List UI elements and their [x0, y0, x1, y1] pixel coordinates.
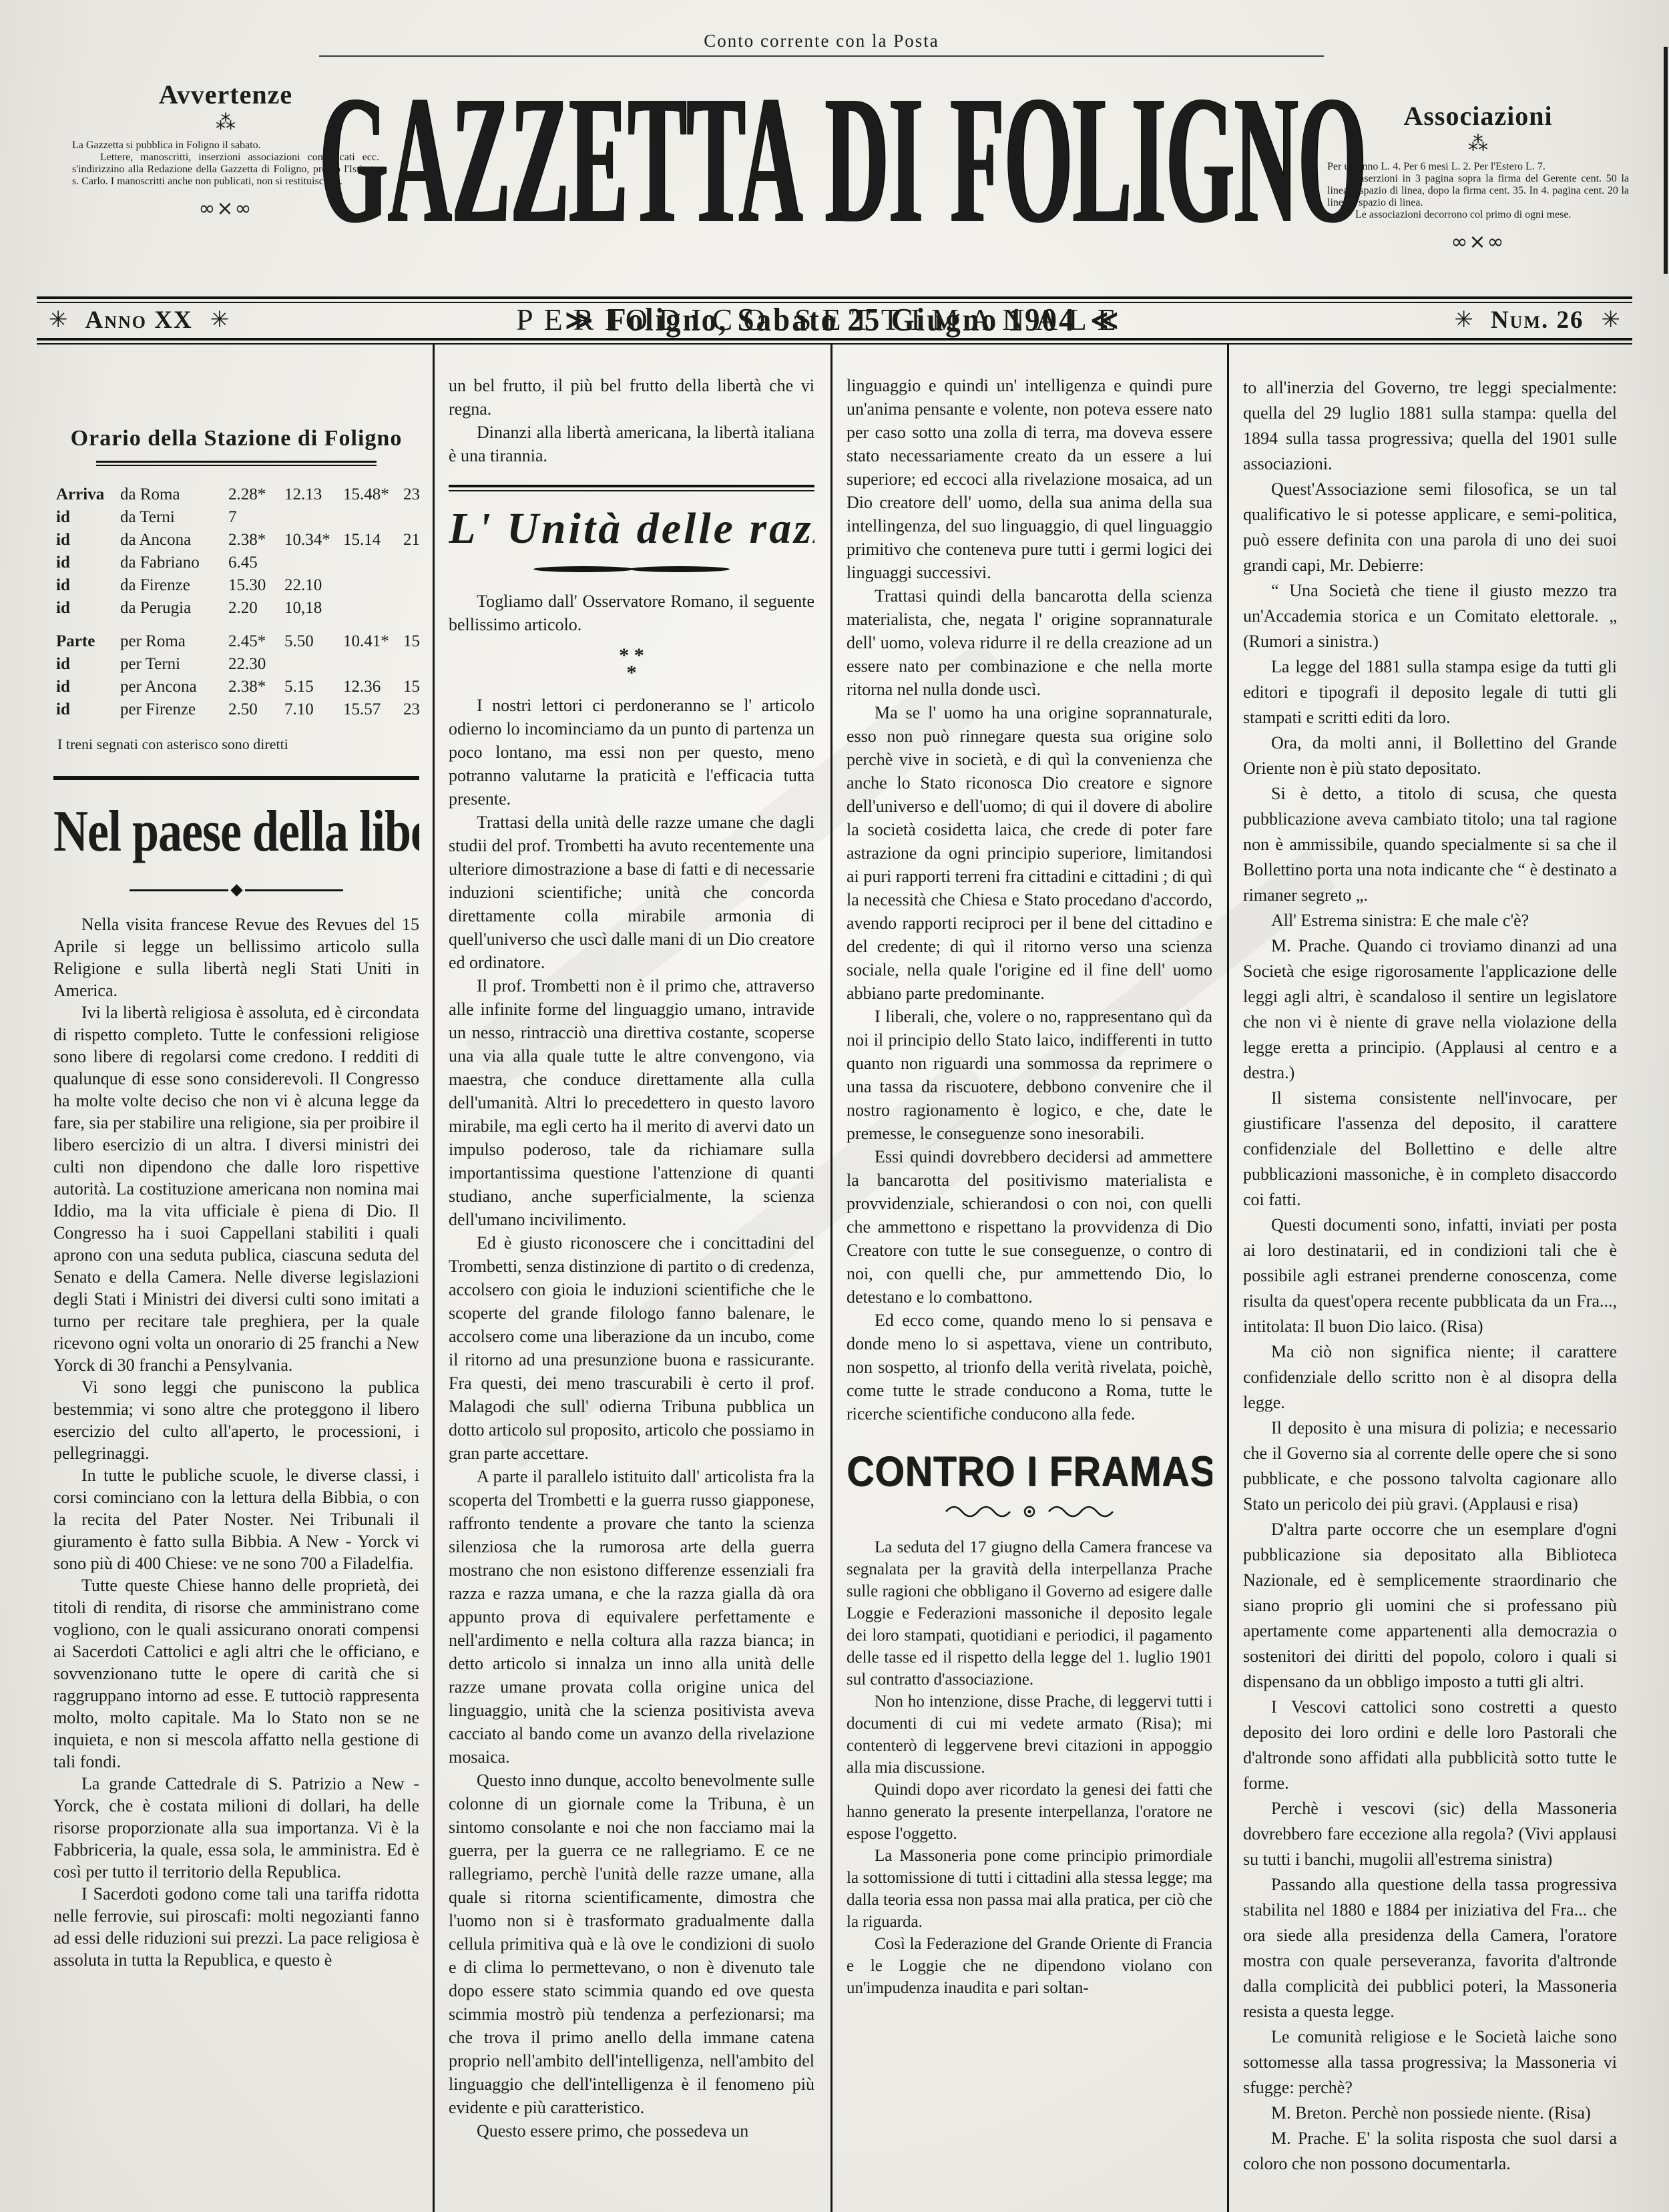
- paragraph: La seduta del 17 giugno della Camera fra…: [847, 1536, 1212, 1691]
- diamond-divider-icon: [130, 886, 343, 895]
- paragraph: Trattasi della unità delle razze umane c…: [449, 811, 814, 974]
- paragraph: Così la Federazione del Grande Oriente d…: [847, 1933, 1212, 1999]
- paragraph: Ed ecco come, quando meno lo si pensava …: [847, 1309, 1212, 1425]
- paragraph: Ora, da molti anni, il Bollettino del Gr…: [1243, 730, 1617, 781]
- paragraph: La grande Cattedrale di S. Patrizio a Ne…: [53, 1773, 419, 1883]
- paragraph: La legge del 1881 sulla stampa esige da …: [1243, 654, 1617, 730]
- paragraph: I Sacerdoti godono come tali una tariffa…: [53, 1883, 419, 1971]
- paragraph: un bel frutto, il più bel frutto della l…: [449, 374, 814, 421]
- paragraph: Il deposito è una misura di polizia; e n…: [1243, 1415, 1617, 1517]
- newspaper-page: Avvertenze ⁂ La Gazzetta si pubblica in …: [0, 0, 1669, 2212]
- paragraph: M. Prache. Quando ci troviamo dinanzi ad…: [1243, 933, 1617, 1086]
- paragraph: Nella visita francese Revue des Revues d…: [53, 913, 419, 1002]
- paragraph: Questi documenti sono, infatti, inviati …: [1243, 1212, 1617, 1339]
- paragraph: Essi quindi dovrebbero decidersi ad amme…: [847, 1145, 1212, 1309]
- paragraph: Inserzioni in 3 pagina sopra la firma de…: [1327, 173, 1629, 209]
- article1-body: Nella visita francese Revue des Revues d…: [53, 913, 419, 1971]
- paragraph: M. Prache. E' la solita risposta che suo…: [1243, 2126, 1617, 2177]
- paragraph: Non ho intenzione, disse Prache, di legg…: [847, 1691, 1212, 1779]
- fleuron-icon: ⁂: [1327, 134, 1629, 154]
- anno-label: Anno XX: [85, 306, 193, 335]
- lens-divider-icon: [449, 566, 814, 572]
- paragraph: I liberali, che, volere o no, rappresent…: [847, 1005, 1212, 1145]
- paragraph: Si è detto, a titolo di scusa, che quest…: [1243, 781, 1617, 908]
- timetable-row: idda Fabriano6.45: [53, 551, 419, 574]
- timetable-row: Arrivada Roma2.28*12.1315.48*23.40: [53, 483, 419, 506]
- paragraph: Quest'Associazione semi filosofica, se u…: [1243, 477, 1617, 578]
- article1-continuation: un bel frutto, il più bel frutto della l…: [449, 347, 814, 467]
- paragraph: M. Breton. Perchè non possiede niente. (…: [1243, 2100, 1617, 2126]
- associazioni-text: Per un anno L. 4. Per 6 mesi L. 2. Per l…: [1327, 161, 1629, 221]
- article2-headline: L' Unità delle razze: [449, 503, 814, 554]
- column-2: un bel frutto, il più bel frutto della l…: [449, 347, 814, 2212]
- paragraph: Vi sono leggi che puniscono la publica b…: [53, 1376, 419, 1464]
- paragraph: I Vescovi cattolici sono costretti a que…: [1243, 1695, 1617, 1796]
- paragraph: Tutte queste Chiese hanno delle propriet…: [53, 1574, 419, 1773]
- issue-number: Num. 26: [1491, 306, 1584, 335]
- arrow-ornament-icon: ≫: [565, 304, 593, 336]
- associazioni-title: Associazioni: [1327, 100, 1629, 132]
- paragraph: Ed è giusto riconoscere che i concittadi…: [449, 1231, 814, 1465]
- timetable-row: Parteper Roma2.45*5.5010.41*15.48: [53, 630, 419, 653]
- column-3: linguaggio e quindi un' intelligenza e q…: [847, 347, 1212, 2212]
- timetable-note: I treni segnati con asterisco sono diret…: [57, 736, 419, 753]
- paragraph: A parte il parallelo istituito dall' art…: [449, 1465, 814, 1769]
- paragraph: D'altra parte occorre che un esemplare d…: [1243, 1517, 1617, 1695]
- issue-date: Foligno, Sabato 25 Giugno 1904: [608, 301, 1076, 339]
- station-timetable: Orario della Stazione di Foligno Arrivad…: [53, 347, 419, 753]
- paragraph: Perchè i vescovi (sic) della Massoneria …: [1243, 1796, 1617, 1872]
- wave-ornament-icon: [943, 1504, 1116, 1519]
- paragraph: I nostri lettori ci perdoneranno se l' a…: [449, 694, 814, 811]
- cross-ornament-icon: ✳: [1454, 306, 1473, 333]
- article1-headline: Nel paese della libertà: [53, 798, 419, 865]
- article2-source-line: Togliamo dall' Osservatore Romano, il se…: [449, 590, 814, 636]
- column-4: to all'inerzia del Governo, tre leggi sp…: [1243, 347, 1617, 2212]
- paragraph: Ma se l' uomo ha una origine soprannatur…: [847, 701, 1212, 1005]
- paragraph: In tutte le publiche scuole, le diverse …: [53, 1464, 419, 1574]
- paragraph: Il prof. Trombetti non è il primo che, a…: [449, 974, 814, 1231]
- cross-ornament-icon: ✳: [210, 306, 230, 333]
- article3-body-continued: to all'inerzia del Governo, tre leggi sp…: [1243, 375, 1617, 2177]
- timetable-row: idda Perugia2.2010,18: [53, 597, 419, 620]
- column-rule: [830, 343, 832, 2212]
- horizontal-rule: [53, 776, 419, 780]
- paragraph: “ Una Società che tiene il giusto mezzo …: [1243, 578, 1617, 654]
- paragraph: Questo inno dunque, accolto benevolmente…: [449, 1769, 814, 2119]
- paragraph: Quindi dopo aver ricordato la genesi dei…: [847, 1779, 1212, 1845]
- timetable-row: idper Ancona2.38*5.1512.3615.58*: [53, 676, 419, 698]
- column-rule: [433, 343, 435, 2212]
- timetable-rows: Arrivada Roma2.28*12.1315.48*23.40idda T…: [53, 483, 419, 721]
- timetable-row: idda Ancona2.38*10.34*15.1421,35: [53, 529, 419, 551]
- squiggle-ornament-icon: ∞×∞: [1327, 230, 1629, 254]
- article2-body-continued: linguaggio e quindi un' intelligenza e q…: [847, 347, 1212, 1425]
- horizontal-rule: [96, 461, 377, 466]
- cross-ornament-icon: ✳: [49, 306, 68, 333]
- paragraph: to all'inerzia del Governo, tre leggi sp…: [1243, 375, 1617, 477]
- notice-box-associazioni: Associazioni ⁂ Per un anno L. 4. Per 6 m…: [1327, 100, 1629, 254]
- timetable-row: idper Firenze2.507.1015.5723.55: [53, 698, 419, 721]
- column-1: Orario della Stazione di Foligno Arrivad…: [53, 347, 419, 2212]
- paragraph: Dinanzi alla libertà americana, la liber…: [449, 421, 814, 467]
- horizontal-rule: [37, 338, 1632, 345]
- dateline: ✳ Anno XX ✳ ≫ Foligno, Sabato 25 Giugno …: [37, 302, 1632, 338]
- paragraph: Ivi la libertà religiosa è assoluta, ed …: [53, 1002, 419, 1376]
- paragraph: Questo essere primo, che possedeva un: [449, 2119, 814, 2143]
- paragraph: La Massoneria pone come principio primor…: [847, 1845, 1212, 1933]
- article2-body: I nostri lettori ci perdoneranno se l' a…: [449, 694, 814, 2143]
- timetable-row: idda Terni7: [53, 506, 419, 529]
- timetable-title: Orario della Stazione di Foligno: [53, 426, 419, 451]
- masthead-block: Conto corrente con la Posta GAZZETTA DI …: [319, 31, 1324, 337]
- article3-body: La seduta del 17 giugno della Camera fra…: [847, 1536, 1212, 1999]
- arrow-ornament-icon: ≪: [1091, 304, 1119, 336]
- scan-edge-artifact: [1664, 47, 1668, 274]
- column-rule: [1227, 343, 1229, 2212]
- asterism-icon: * * *: [449, 647, 814, 682]
- paragraph: Le comunità religiose e le Società laich…: [1243, 2024, 1617, 2100]
- cross-ornament-icon: ✳: [1602, 306, 1621, 333]
- paragraph: Trattasi quindi della bancarotta della s…: [847, 584, 1212, 701]
- paragraph: Per un anno L. 4. Per 6 mesi L. 2. Per l…: [1327, 161, 1629, 173]
- article3-headline: CONTRO I FRAMASSONI: [847, 1448, 1212, 1496]
- paragraph: Il sistema consistente nell'invocare, pe…: [1243, 1086, 1617, 1212]
- paragraph: Ma ciò non significa niente; il caratter…: [1243, 1339, 1617, 1415]
- paragraph: Passando alla questione della tassa prog…: [1243, 1872, 1617, 2024]
- newspaper-title: GAZZETTA DI FOLIGNO: [319, 53, 1367, 265]
- horizontal-rule: [449, 485, 814, 491]
- timetable-row: idper Terni22.30: [53, 653, 419, 676]
- paragraph: linguaggio e quindi un' intelligenza e q…: [847, 374, 1212, 584]
- timetable-row: idda Firenze15.3022.10: [53, 574, 419, 597]
- paragraph: All' Estrema sinistra: E che male c'è?: [1243, 908, 1617, 933]
- paragraph: Le associazioni decorrono col primo di o…: [1327, 209, 1629, 221]
